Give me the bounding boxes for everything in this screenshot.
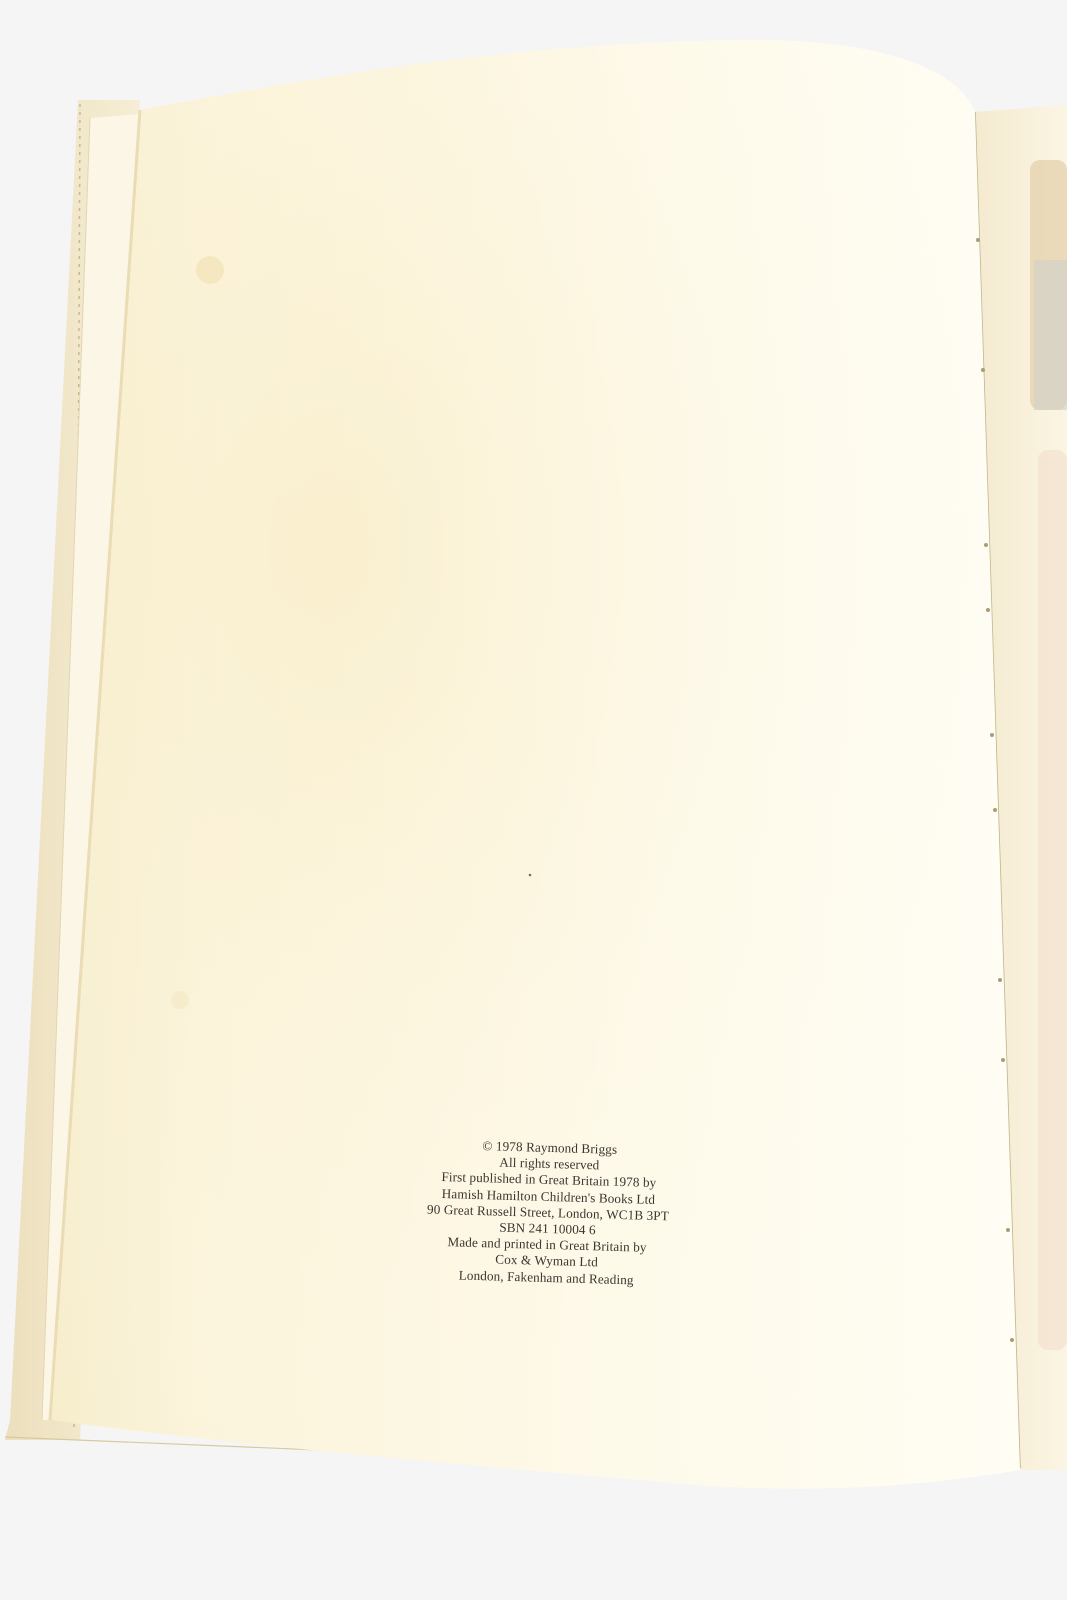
book-photo <box>0 0 1067 1600</box>
copyright-imprint: © 1978 Raymond Briggs All rights reserve… <box>391 1136 705 1290</box>
